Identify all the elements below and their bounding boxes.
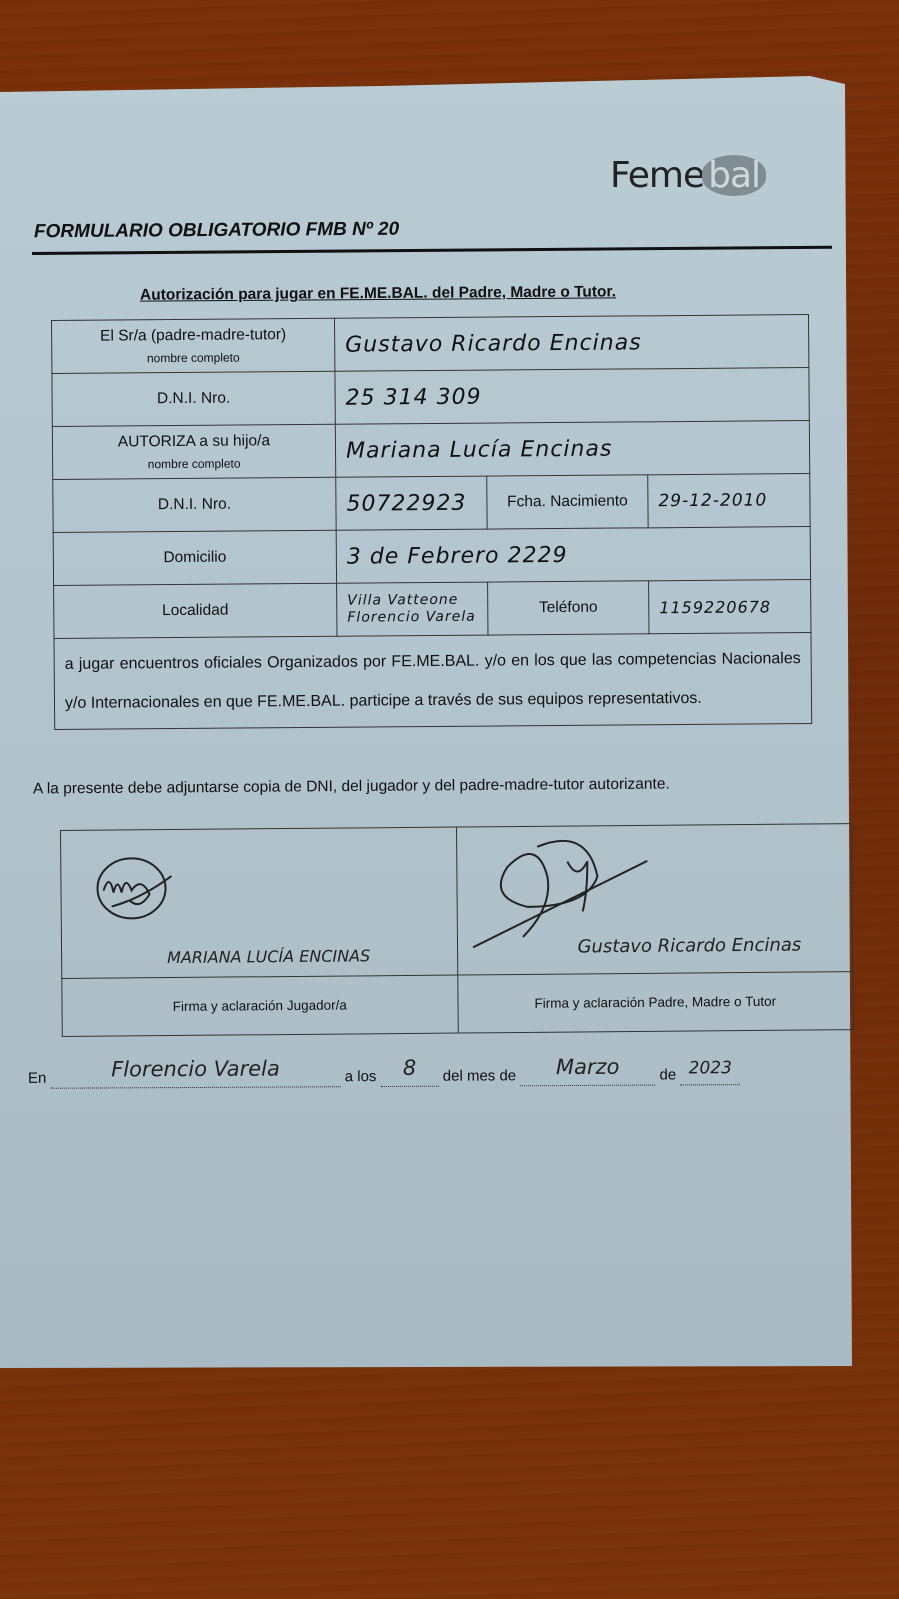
signature-table: MARIANA LUCÍA ENCINAS Gustavo Ricardo En… xyxy=(60,823,854,1037)
child-sub-text: nombre completo xyxy=(53,456,335,472)
birth-date-field[interactable]: 29-12-2010 xyxy=(648,474,810,528)
day-value: 8 xyxy=(403,1056,417,1080)
locality-field[interactable]: Villa Vatteone Florencio Varela xyxy=(337,582,488,636)
guardian-sub-text: nombre completo xyxy=(52,350,334,366)
locality-label: Localidad xyxy=(54,583,337,638)
month-value: Marzo xyxy=(556,1055,620,1079)
a-los-label: a los xyxy=(345,1068,377,1085)
guardian-signature-box[interactable]: Gustavo Ricardo Encinas xyxy=(456,824,853,975)
month-field[interactable]: Marzo xyxy=(520,1061,655,1087)
guardian-name-field[interactable]: Gustavo Ricardo Encinas xyxy=(334,315,808,372)
femebal-logo: Femebal xyxy=(610,155,766,196)
locality-line-1: Villa Vatteone xyxy=(347,592,487,610)
locality-line-2: Florencio Varela xyxy=(347,609,487,627)
form-subtitle: Autorización para jugar en FE.ME.BAL. de… xyxy=(140,283,616,304)
address-label: Domicilio xyxy=(53,530,336,585)
address-field[interactable]: 3 de Febrero 2229 xyxy=(336,527,810,584)
guardian-label-text: El Sr/a (padre-madre-tutor) xyxy=(100,326,286,344)
player-signature-box[interactable]: MARIANA LUCÍA ENCINAS xyxy=(61,827,458,978)
guardian-signature-caption: Firma y aclaración Padre, Madre o Tutor xyxy=(457,972,853,1033)
phone-field[interactable]: 1159220678 xyxy=(649,580,811,634)
date-place-line: En Florencio Varela a los 8 del mes de M… xyxy=(28,1060,740,1089)
child-label-text: AUTORIZA a su hijo/a xyxy=(118,432,270,450)
en-label: En xyxy=(28,1070,46,1087)
year-field[interactable]: 2023 xyxy=(680,1064,740,1085)
logo-text: Feme xyxy=(610,155,704,196)
place-value: Florencio Varela xyxy=(111,1057,280,1082)
guardian-dni-label: D.N.I. Nro. xyxy=(52,371,335,426)
player-printed-name: MARIANA LUCÍA ENCINAS xyxy=(167,946,370,967)
year-value: 2023 xyxy=(689,1058,732,1078)
player-signature-caption: Firma y aclaración Jugador/a xyxy=(62,975,458,1036)
child-dni-label: D.N.I. Nro. xyxy=(53,477,336,532)
authorization-paragraph: a jugar encuentros oficiales Organizados… xyxy=(54,633,812,730)
day-field[interactable]: 8 xyxy=(380,1062,438,1087)
guardian-dni-field[interactable]: 25 314 309 xyxy=(335,368,809,425)
year-label: de xyxy=(659,1066,676,1083)
player-signature-icon xyxy=(81,850,202,931)
form-title: FORMULARIO OBLIGATORIO FMB Nº 20 xyxy=(34,219,399,244)
authorization-table: El Sr/a (padre-madre-tutor) nombre compl… xyxy=(51,314,812,730)
ball-icon: bal xyxy=(702,155,766,196)
guardian-name-label: El Sr/a (padre-madre-tutor) nombre compl… xyxy=(52,318,335,373)
child-dni-field[interactable]: 50722923 xyxy=(336,476,487,530)
guardian-printed-name: Gustavo Ricardo Encinas xyxy=(577,935,801,958)
child-name-field[interactable]: Mariana Lucía Encinas xyxy=(335,421,809,478)
place-field[interactable]: Florencio Varela xyxy=(50,1062,340,1089)
child-name-label: AUTORIZA a su hijo/a nombre completo xyxy=(52,424,335,479)
month-label: del mes de xyxy=(443,1067,516,1084)
phone-label: Teléfono xyxy=(488,581,649,635)
birth-date-label: Fcha. Nacimiento xyxy=(487,475,648,529)
